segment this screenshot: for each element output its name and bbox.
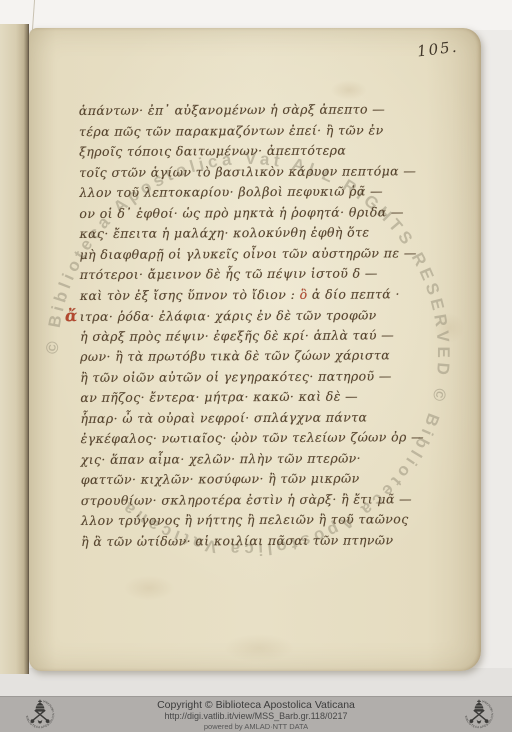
ink-text: ἢ ἃ τῶν ὠτίδων· αἱ κοιλίαι πᾶσαι τῶν πτη…: [81, 532, 393, 549]
rubric-text: ἄ: [65, 306, 78, 325]
ink-text: φαττῶν· κιχλῶν· κοσύφων· ἢ τῶν μικρῶν: [81, 471, 360, 487]
backdrop-bottom: [0, 668, 512, 696]
manuscript-line: ἢ τῶν οἰῶν αὐτῶν οἱ γεγηρακότες· πατηροῦ…: [80, 366, 460, 388]
manuscript-line: ἡ σὰρξ πρὸς πέψιν· ἐφεξῆς δὲ κρί· ἁπλὰ τ…: [80, 325, 460, 347]
ink-text: πτότεροι· ἄμεινον δὲ ἧς τῶ πέψιν ἱστοῦ δ…: [80, 265, 378, 282]
manuscript-page: © Biblioteca Apostolica Vat ALL RIGHTS R…: [29, 28, 481, 671]
ink-text: στρουθίων· σκληροτέρα ἐστὶν ἡ σὰρξ· ἢ ἔτ…: [81, 491, 412, 508]
ink-text: λλον τοῦ λεπτοκαρίου· βολβοὶ πεφυκιῶ ῥᾶ …: [79, 183, 383, 200]
ink-text: ἡ σὰρξ πρὸς πέψιν· ἐφεξῆς δὲ κρί· ἁπλὰ τ…: [80, 327, 394, 344]
manuscript-line: στρουθίων· σκληροτέρα ἐστὶν ἡ σὰρξ· ἢ ἔτ…: [81, 489, 461, 511]
ink-text: ξηροῖς τόποις δαιτωμένων· ἀπεπτότερα: [79, 143, 346, 159]
ink-text: τοῖς στῶν ἁγίων τὸ βασιλικὸν κάρυον πεπτ…: [79, 163, 416, 180]
manuscript-line: ρων· ἢ τὰ πρωτόβυ τικὰ δὲ τῶν ζώων χάρισ…: [80, 345, 460, 367]
manuscript-line: ἄιτρα· ῥόδα· ἐλάφια· χάρις ἐν δὲ τῶν τρο…: [80, 304, 460, 326]
ink-text: ον οἱ δ᾽ ἑφθοί· ὡς πρὸ μηκτὰ ἡ ῥοφητά· θ…: [79, 204, 404, 221]
ink-text: λλον τρύγονος ἢ νήττης ἢ πελειῶν ἢ τοῦ τ…: [81, 511, 409, 528]
manuscript-line: τοῖς στῶν ἁγίων τὸ βασιλικὸν κάρυον πεπτ…: [79, 161, 459, 183]
ink-text: ρων· ἢ τὰ πρωτόβυ τικὰ δὲ τῶν ζώων χάρισ…: [80, 347, 390, 364]
ink-text: ἁπάντων· ἐπ᾽ αὐξανομένων ἡ σὰρξ ἀπεπτο —: [79, 101, 385, 118]
rubric-text: ὃ: [300, 286, 308, 301]
footer-powered-by: powered by AMLAD·NTT DATA: [76, 722, 436, 732]
backdrop-top: [0, 0, 512, 30]
manuscript-line: καὶ τὸν ἐξ ἴσης ὕπνον τὸ ἴδιον : ὃ ἀ δίο…: [80, 284, 460, 306]
vatican-seal-icon: BIBLIOTECA APOSTOLICA VATICANA: [21, 695, 59, 732]
book-binding-edge: [0, 24, 29, 674]
manuscript-line: ξηροῖς τόποις δαιτωμένων· ἀπεπτότερα: [79, 140, 459, 162]
ink-text: κας· ἔπειτα ἡ μαλάχη· κολοκύνθη ἐφθὴ ὅτε: [79, 224, 369, 241]
manuscript-line: ον οἱ δ᾽ ἑφθοί· ὡς πρὸ μηκτὰ ἡ ῥοφητά· θ…: [79, 202, 459, 224]
ink-text: αν πῆζος· ἔντερα· μήτρα· κακῶ· καὶ δὲ —: [80, 389, 358, 405]
manuscript-line: αν πῆζος· ἔντερα· μήτρα· κακῶ· καὶ δὲ —: [80, 386, 460, 408]
manuscript-line: τέρα πῶς τῶν παρακμαζόντων ἐπεί· ἢ τῶν ἐ…: [79, 120, 459, 142]
ink-text: ἢ τῶν οἰῶν αὐτῶν οἱ γεγηρακότες· πατηροῦ…: [80, 368, 392, 385]
footer-url: http://digi.vatlib.it/view/MSS_Barb.gr.1…: [76, 711, 436, 722]
ink-text: μὴ διαφθαρῇ οἱ γλυκεῖς οἶνοι τῶν αὐστηρῶ…: [80, 245, 417, 262]
ink-text: ἐγκέφαλος· νωτιαῖος· ᾠὸν τῶν τελείων ζώω…: [81, 429, 425, 446]
manuscript-line: χις· ἅπαν αἷμα· χελῶν· πλὴν τῶν πτερῶν·: [81, 448, 461, 470]
folio-number: 105.: [416, 38, 459, 61]
footer-text-block: Copyright © Biblioteca Apostolica Vatica…: [76, 698, 436, 732]
manuscript-line: μὴ διαφθαρῇ οἱ γλυκεῖς οἶνοι τῶν αὐστηρῶ…: [80, 243, 460, 265]
ink-text: τέρα πῶς τῶν παρακμαζόντων ἐπεί· ἢ τῶν ἐ…: [79, 122, 384, 139]
manuscript-line: ἧπαρ· ὦ τὰ οὐραὶ νεφροί· σπλάγχνα πάντα: [80, 407, 460, 429]
ink-text: ἧπαρ· ὦ τὰ οὐραὶ νεφροί· σπλάγχνα πάντα: [80, 409, 367, 426]
ink-text: χις· ἅπαν αἷμα· χελῶν· πλὴν τῶν πτερῶν·: [81, 450, 361, 466]
vatican-seal-icon: BIBLIOTECA APOSTOLICA VATICANA: [460, 695, 498, 732]
manuscript-line: ἁπάντων· ἐπ᾽ αὐξανομένων ἡ σὰρξ ἀπεπτο —: [79, 99, 459, 121]
footer-copyright: Copyright © Biblioteca Apostolica Vatica…: [76, 699, 436, 711]
manuscript-line: κας· ἔπειτα ἡ μαλάχη· κολοκύνθη ἐφθὴ ὅτε: [79, 222, 459, 244]
scan-viewer-page: © Biblioteca Apostolica Vat ALL RIGHTS R…: [0, 0, 512, 732]
ink-text: καὶ τὸν ἐξ ἴσης ὕπνον τὸ ἴδιον :: [80, 286, 300, 302]
manuscript-line: φαττῶν· κιχλῶν· κοσύφων· ἢ τῶν μικρῶν: [81, 468, 461, 490]
manuscript-line: λλον τρύγονος ἢ νήττης ἢ πελειῶν ἢ τοῦ τ…: [81, 509, 461, 531]
manuscript-line: ἐγκέφαλος· νωτιαῖος· ᾠὸν τῶν τελείων ζώω…: [81, 427, 461, 449]
manuscript-line: ἢ ἃ τῶν ὠτίδων· αἱ κοιλίαι πᾶσαι τῶν πτη…: [81, 530, 461, 552]
manuscript-line: πτότεροι· ἄμεινον δὲ ἧς τῶ πέψιν ἱστοῦ δ…: [80, 263, 460, 285]
ink-text: ιτρα· ῥόδα· ἐλάφια· χάρις ἐν δὲ τῶν τροφ…: [80, 307, 377, 324]
ink-text: ἀ δίο πεπτά ·: [307, 286, 399, 301]
footer-credit-band: Copyright © Biblioteca Apostolica Vatica…: [0, 696, 512, 732]
manuscript-line: λλον τοῦ λεπτοκαρίου· βολβοὶ πεφυκιῶ ῥᾶ …: [79, 181, 459, 203]
manuscript-text: ἁπάντων· ἐπ᾽ αὐξανομένων ἡ σὰρξ ἀπεπτο —…: [79, 99, 461, 552]
